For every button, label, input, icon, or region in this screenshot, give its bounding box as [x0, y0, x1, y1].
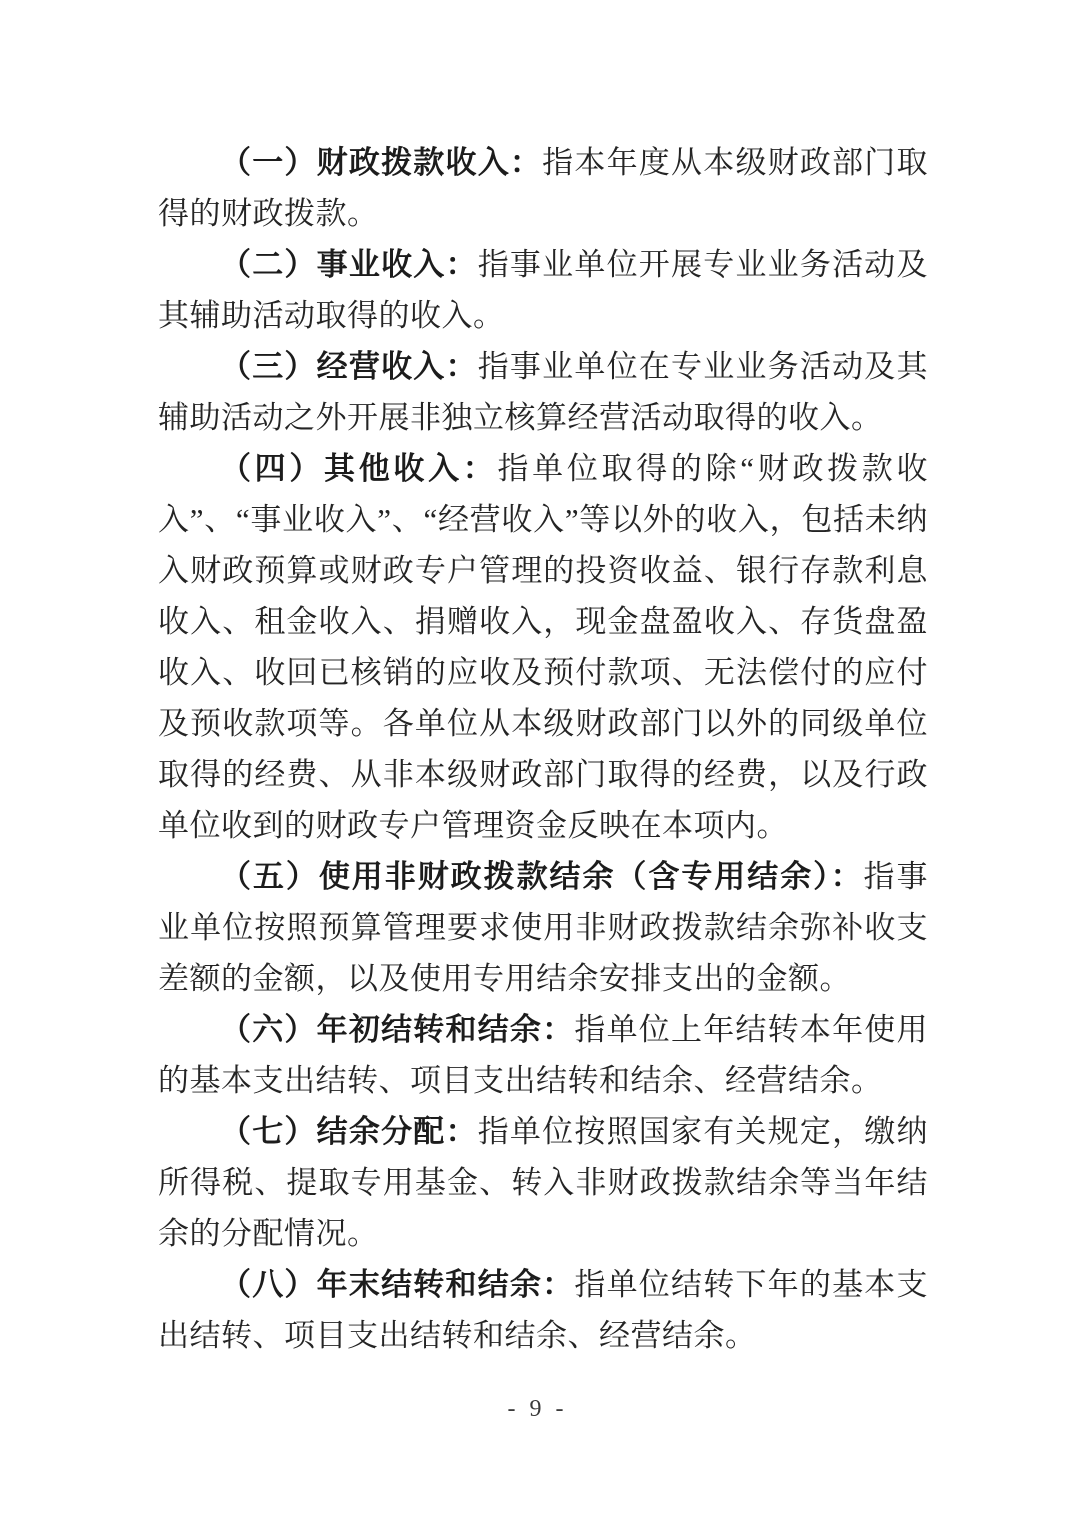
page-number: - 9 -	[0, 1396, 1075, 1423]
paragraph-1: （一）财政拨款收入：指本年度从本级财政部门取得的财政拨款。	[158, 137, 928, 239]
paragraph-8: （八）年末结转和结余：指单位结转下年的基本支出结转、项目支出结转和结余、经营结余…	[158, 1259, 928, 1361]
paragraph-5: （五）使用非财政拨款结余（含专用结余）：指事业单位按照预算管理要求使用非财政拨款…	[158, 851, 928, 1004]
document-body: （一）财政拨款收入：指本年度从本级财政部门取得的财政拨款。 （二）事业收入：指事…	[158, 137, 928, 1361]
document-page: （一）财政拨款收入：指本年度从本级财政部门取得的财政拨款。 （二）事业收入：指事…	[0, 0, 1075, 1520]
paragraph-6: （六）年初结转和结余：指单位上年结转本年使用的基本支出结转、项目支出结转和结余、…	[158, 1004, 928, 1106]
term-label: （六）年初结转和结余：	[220, 1012, 574, 1047]
term-label: （七）结余分配：	[220, 1114, 478, 1149]
paragraph-2: （二）事业收入：指事业单位开展专业业务活动及其辅助活动取得的收入。	[158, 239, 928, 341]
term-label: （一）财政拨款收入：	[220, 145, 542, 180]
paragraph-3: （三）经营收入：指事业单位在专业业务活动及其辅助活动之外开展非独立核算经营活动取…	[158, 341, 928, 443]
term-label: （二）事业收入：	[220, 247, 478, 282]
term-definition: 指单位取得的除“财政拨款收入”、“事业收入”、“经营收入”等以外的收入，包括未纳…	[158, 451, 928, 843]
term-label: （八）年末结转和结余：	[220, 1267, 574, 1302]
term-label: （三）经营收入：	[220, 349, 478, 384]
term-label: （四）其他收入：	[220, 451, 498, 486]
term-label: （五）使用非财政拨款结余（含专用结余）：	[220, 859, 864, 894]
paragraph-4: （四）其他收入：指单位取得的除“财政拨款收入”、“事业收入”、“经营收入”等以外…	[158, 443, 928, 851]
paragraph-7: （七）结余分配：指单位按照国家有关规定，缴纳所得税、提取专用基金、转入非财政拨款…	[158, 1106, 928, 1259]
